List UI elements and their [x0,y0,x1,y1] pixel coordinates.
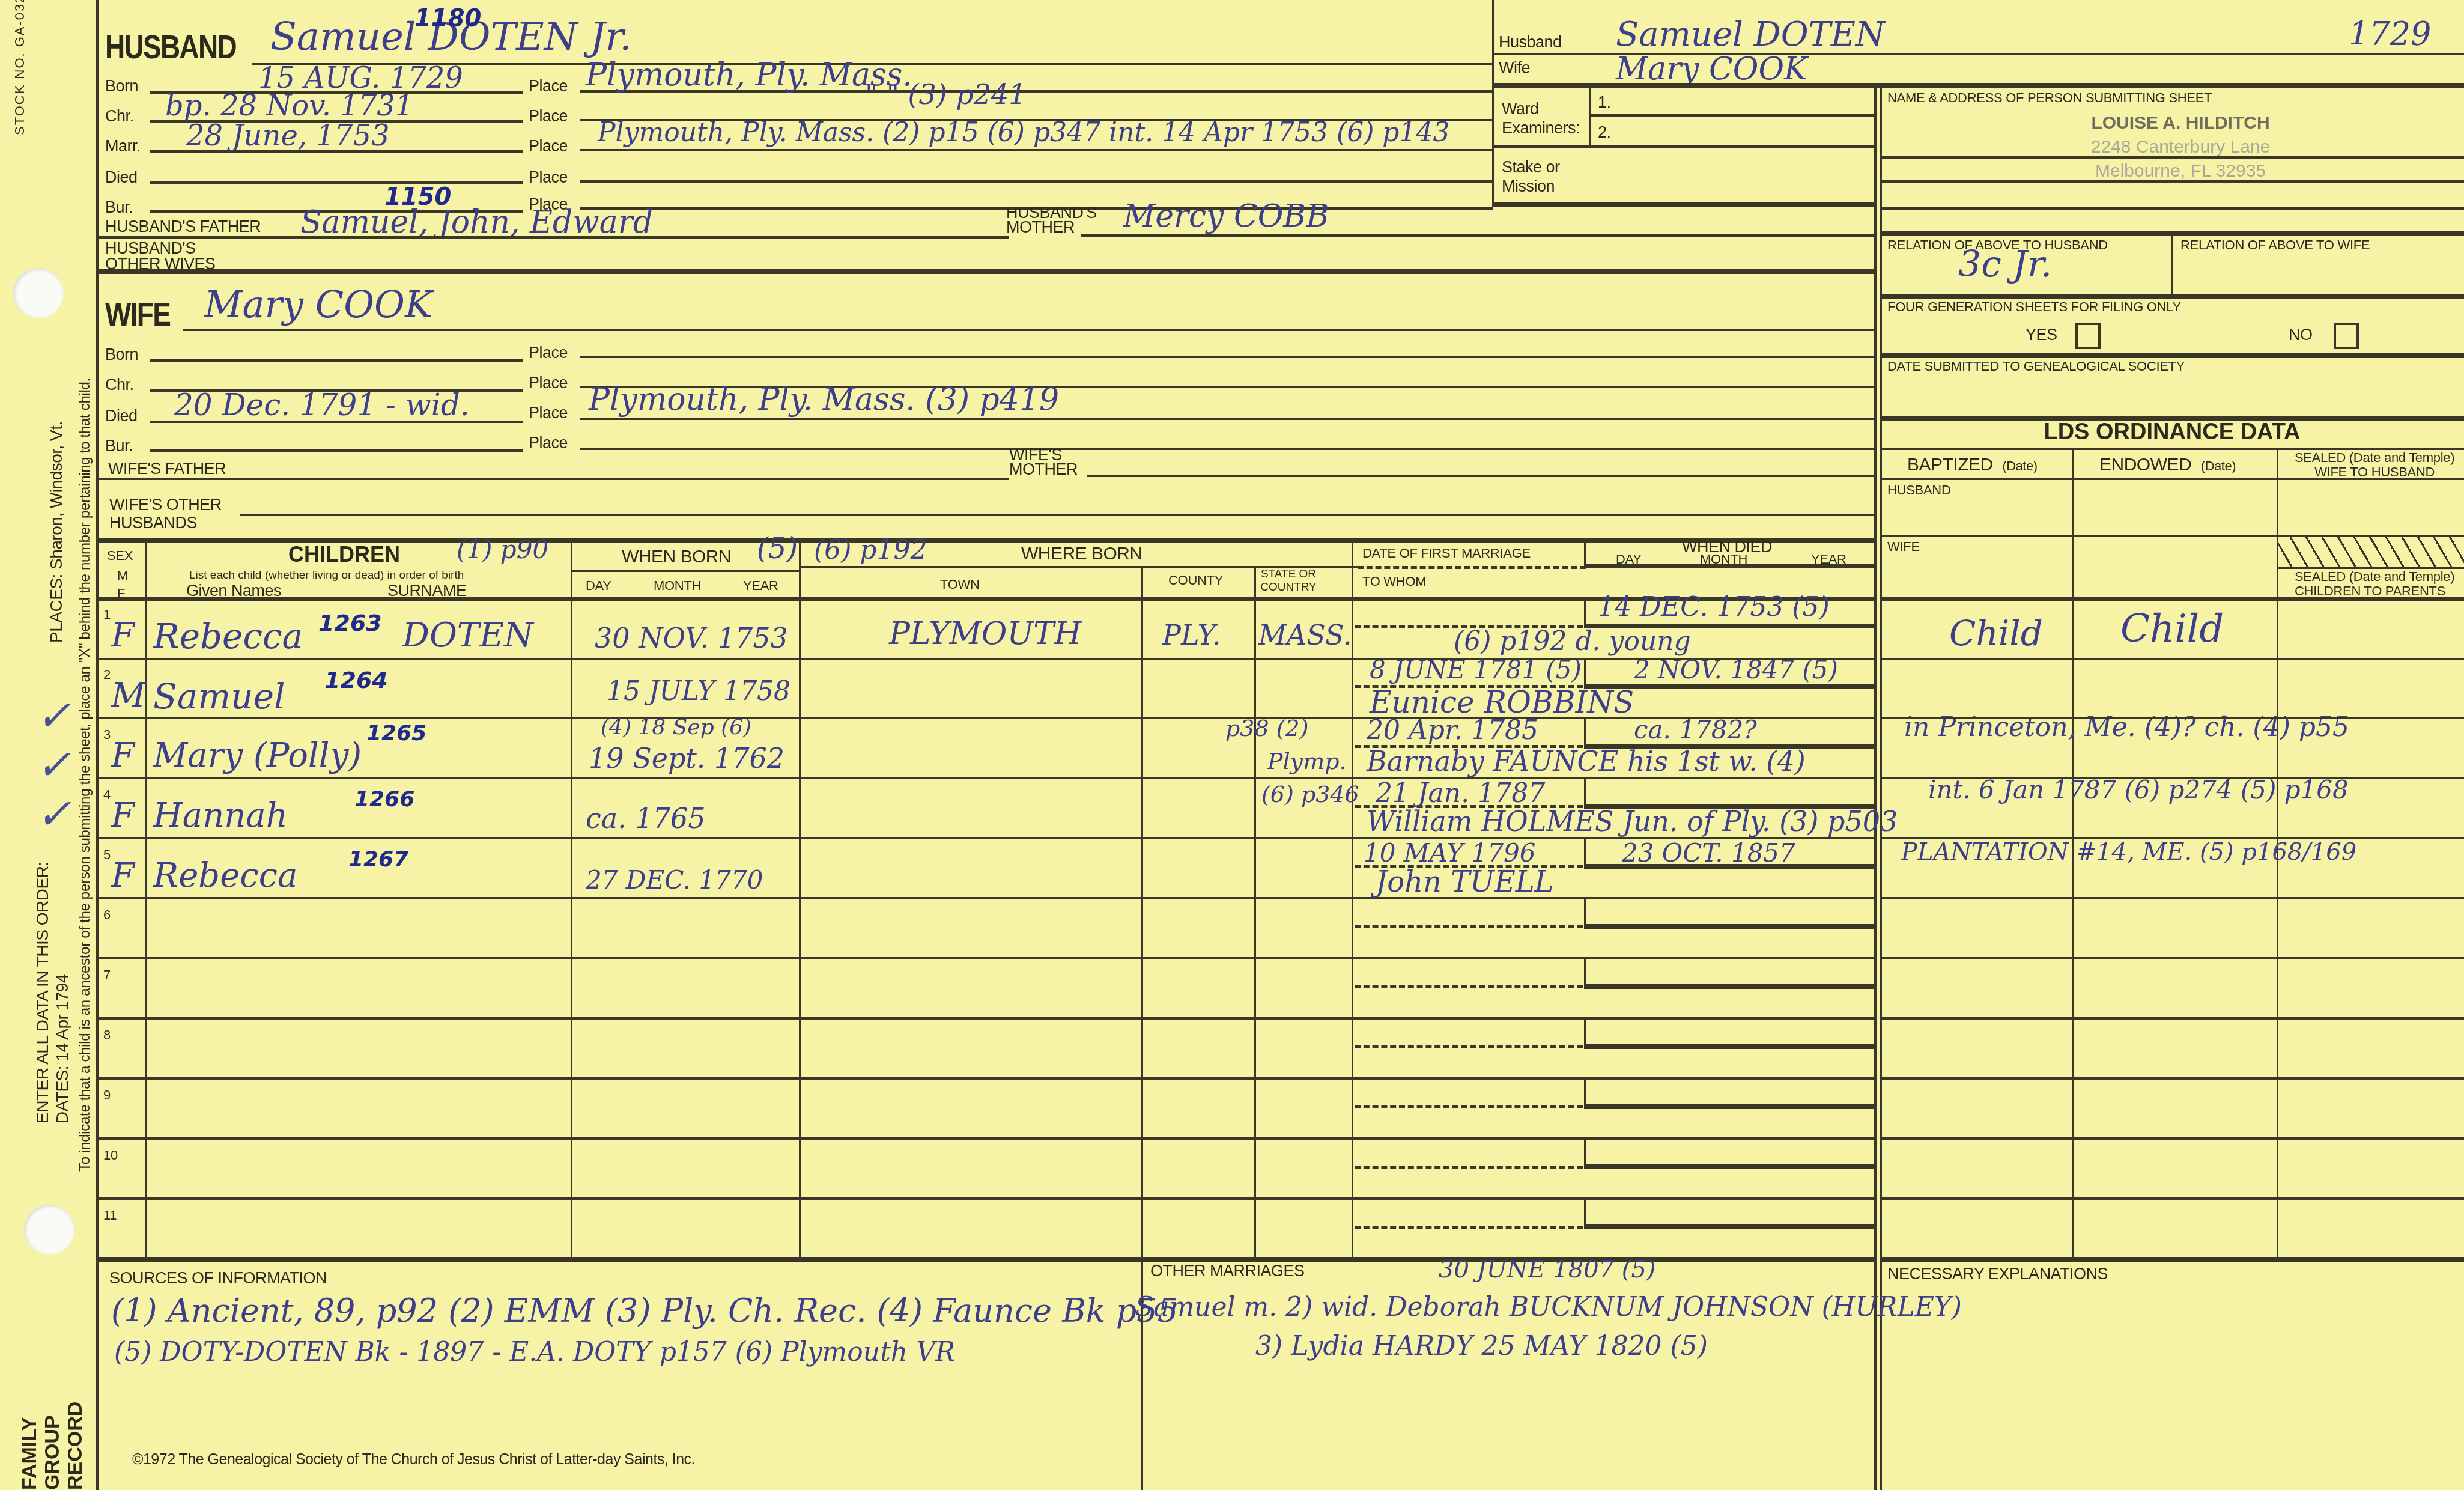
died-box-divider [1584,597,1586,627]
child-row-8[interactable] [145,1020,1872,1076]
child-given-name: Hannah [153,796,288,835]
col-died-divider-head [1584,538,1586,567]
endowed-label: ENDOWED [2099,455,2191,475]
submitter-line-3 [1880,207,2464,210]
died-box-divider [1584,777,1586,807]
relation-divider [2171,231,2173,297]
form-left-border [96,0,99,1490]
children-header: CHILDREN [288,542,400,567]
child-county: (6) p346 [1261,781,1359,807]
lds-bottom [1880,1257,2464,1262]
yes-label: YES [2026,326,2057,344]
husband-died-line [150,181,523,184]
wife-born-line [150,359,523,362]
husband-mother-label: HUSBAND'S MOTHER [1006,205,1090,234]
wife-born-place-label: Place [529,344,568,362]
child-row-11[interactable] [145,1200,1872,1256]
husband-chr-label: Chr. [105,107,134,126]
child-marriage-date: 10 MAY 1796 [1364,838,1535,868]
dates-instruction: DATES: 14 Apr 1794 [53,974,72,1124]
endowed-date-note: (Date) [2201,458,2236,473]
enter-order-title: ENTER ALL DATA IN THIS ORDER: [33,862,52,1124]
wife-bur-label: Bur. [105,437,133,455]
relation-bottom [1880,294,2464,299]
row-number: 10 [103,1148,118,1163]
child-marriage-date: 20 Apr. 1785 [1367,715,1538,746]
husband-died-place-label: Place [529,168,568,187]
child-born: 15 JULY 1758 [607,676,790,707]
child-sex: F [111,736,135,775]
first-marriage-dash [1358,566,1586,569]
born-day-header: DAY [586,578,611,594]
wife-died-date[interactable]: 20 Dec. 1791 - wid. [174,388,470,422]
header-husband-label: Husband [1499,33,1562,52]
row-number: 7 [103,967,111,983]
sealed-wife-line-1: SEALED (Date and Temple) [2295,451,2454,465]
row-number: 8 [103,1027,111,1043]
header-wife-value[interactable]: Mary COOK [1616,51,1807,87]
wife-other-husbands-line-2: HUSBANDS [109,514,222,532]
examiner-1[interactable]: 1. [1598,93,1611,112]
where-born-note: (6) p192 [814,535,927,565]
town-header: TOWN [940,577,980,592]
examiners-bottom-line [1492,145,1877,148]
wife-chr-label: Chr. [105,376,134,394]
child-id: 1267 [348,847,408,872]
husband-died-label: Died [105,168,138,187]
child-state: Plymp. [1267,748,1347,774]
child-died: 14 DEC. 1753 (5) [1598,592,1830,622]
form-title-line-2: GROUP [41,1402,64,1490]
husband-heading: HUSBAND [105,27,236,66]
date-submitted-label: DATE SUBMITTED TO GENEALOGICAL SOCIETY [1887,359,2185,374]
where-born-subline [799,566,1358,568]
examiner-1-line [1589,114,1877,117]
row-number: 11 [103,1208,117,1223]
relation-wife-label: RELATION OF ABOVE TO WIFE [2180,237,2370,253]
lds-header-line [1880,478,2464,480]
lds-sealed-wife-header: SEALED (Date and Temple) WIFE TO HUSBAND [2295,451,2454,479]
wife-bur-place-label: Place [529,434,568,452]
lds-row-line [1880,837,2464,839]
husband-born-place-label: Place [529,77,568,96]
husband-mother[interactable]: Mercy COBB [1123,198,1329,234]
examiners-label: Examiners: [1502,118,1580,138]
child-id: 1265 [366,721,426,746]
wife-chr-place-label: Place [529,374,568,392]
husband-chr-place-label: Place [529,107,568,126]
lds-row-line [1880,717,2464,719]
ward-label: Ward [1502,99,1580,118]
child-marriage-date: 21 Jan. 1787 [1376,778,1545,809]
copyright: ©1972 The Genealogical Society of The Ch… [132,1451,695,1468]
child-row-10[interactable] [145,1140,1872,1196]
child-given-name: Rebecca [153,616,303,657]
baptized-label: BAPTIZED [1907,455,1993,475]
lds-title: LDS ORDINANCE DATA [1880,419,2464,445]
husband-marr-place-label: Place [529,137,568,156]
submitter-stamp: LOUISE A. HILDITCH 2248 Canterbury Lane … [2054,111,2307,183]
wife-died-place[interactable]: Plymouth, Ply. Mass. (3) p419 [589,382,1059,418]
punch-hole-top [13,268,64,318]
header-wife-label: Wife [1499,59,1530,78]
county-header: COUNTY [1168,573,1223,588]
child-given-name: Samuel [153,676,285,717]
header-year[interactable]: 1729 [2349,15,2431,53]
ancestor-instruction: To indicate that a child is an ancestor … [77,378,94,1172]
ancestor-check-marks: ✓✓✓ [36,691,71,839]
right-panel-border [1874,85,1877,1490]
lds-husband-label: HUSBAND [1887,482,1950,498]
header-box-left-border [1492,0,1494,204]
wife-heading: WIFE [105,294,170,333]
no-checkbox[interactable] [2334,323,2359,349]
wife-name-line [183,329,1874,331]
born-month-header: MONTH [654,578,701,594]
wife-died-label: Died [105,407,138,425]
child-born: 27 DEC. 1770 [586,865,763,895]
wife-father-line [96,478,1009,480]
child4-notes[interactable]: int. 6 Jan 1787 (6) p274 (5) p168 [1928,775,2349,804]
child-county: p38 (2) [1225,715,1309,741]
wife-other-husbands-label: WIFE'S OTHER HUSBANDS [109,496,222,532]
child-died: ca. 1782? [1634,715,1757,744]
form-title-line-3: RECORD [64,1402,86,1490]
husband-born-place[interactable]: Plymouth, Ply. Mass. [586,57,912,93]
husband-marr-place-line [580,149,1493,151]
child-spouse: Barnaby FAUNCE his 1st w. (4) [1367,745,1806,777]
lds-row-line [1880,1197,2464,1200]
wife-mother-line [1087,475,1874,477]
child-died: 23 OCT. 1857 [1622,838,1795,868]
row-number: 3 [103,727,111,743]
child-spouse: William HOLMES Jun. of Ply. (3) p503 [1367,805,1898,838]
husband-marr-label: Marr. [105,137,141,156]
child-died: 2 NOV. 1847 (5) [1634,655,1838,684]
wife-other-husbands-line [240,514,1874,516]
sex-m-header: M [117,568,128,583]
child-county: PLY. [1162,619,1221,651]
lds-row-line [1880,957,2464,959]
husband-father[interactable]: Samuel, John, Edward [300,204,653,240]
header-box-bottom [1492,202,1877,207]
lds-row-line [1880,897,2464,899]
child-given-name: Mary (Polly) [153,736,362,775]
child-surname: DOTEN [402,616,533,655]
row-number: 2 [103,667,111,683]
child-born: ca. 1765 [586,802,706,835]
where-born-header: WHERE BORN [1021,544,1142,564]
died-box-divider [1584,717,1586,747]
examiner-2[interactable]: 2. [1598,123,1611,142]
child-state: MASS. [1258,619,1352,651]
row-number: 9 [103,1087,111,1103]
husband-mother-line [1081,234,1874,237]
form-title-line-1: FAMILY [18,1402,41,1490]
husband-marr-date[interactable]: 28 June, 1753 [186,119,389,153]
yes-checkbox[interactable] [2075,323,2101,349]
wife-died-place-line [580,418,1874,420]
when-born-subline [571,570,799,572]
husband-bur-label: Bur. [105,198,133,217]
ward-examiners-label: Ward Examiners: [1502,99,1580,138]
submitter-name: LOUISE A. HILDITCH [2054,111,2307,135]
child1-baptized[interactable]: Child [1949,613,2043,654]
wife-bur-place-line [580,448,1874,450]
husband-section-bottom [96,269,1874,274]
child5-notes[interactable]: PLANTATION #14, ME. (5) p168/169 [1901,838,2382,866]
husband-died-place-line [580,180,1493,183]
four-gen-label: FOUR GENERATION SHEETS FOR FILING ONLY [1887,299,2181,315]
other-marriages-line-2[interactable]: 3) Lydia HARDY 25 MAY 1820 (5) [1255,1331,1708,1361]
husband-chr-place[interactable]: " " (3) p241 [865,78,1027,111]
four-gen-bottom [1880,353,2464,358]
child-row-9[interactable] [145,1080,1872,1136]
no-label: NO [2289,326,2313,344]
wife-born-label: Born [105,345,138,364]
other-marriages-label: OTHER MARRIAGES [1150,1262,1305,1280]
to-whom-header: TO WHOM [1362,574,1426,589]
born-year-header: YEAR [743,578,778,594]
stock-number: STOCK NO. GA-032 [12,0,28,135]
sources-label: SOURCES OF INFORMATION [109,1269,327,1288]
child-marriage-date: 8 JUNE 1781 (5) [1370,655,1582,684]
form-title: FAMILY GROUP RECORD [18,1402,86,1490]
places-instruction: PLACES: Sharon, Windsor, Vt. [47,421,66,643]
wife-father-label: WIFE'S FATHER [108,460,226,478]
child-born: 30 NOV. 1753 [595,622,788,654]
lds-row-line [1880,1077,2464,1080]
submitter-street: 2248 Canterbury Lane [2054,135,2307,159]
child-sex: F [111,616,135,655]
punch-hole-bottom [24,1205,74,1255]
header-wife-line [1492,83,2464,88]
died-box-divider [1584,837,1586,867]
header-husband-value[interactable]: Samuel DOTEN [1616,15,1885,54]
wife-name[interactable]: Mary COOK [204,282,432,326]
lds-endowed-header: ENDOWED (Date) [2099,455,2236,475]
child-row-7[interactable] [145,959,1872,1016]
row-number: 4 [103,787,111,803]
child-sex: F [111,856,135,895]
husband-id-number: 1180 [414,5,481,32]
child1-endowed[interactable]: Child [2120,607,2224,651]
hatched-block [2277,537,2464,569]
sources-line-1[interactable]: (1) Ancient, 89, p92 (2) EMM (3) Ply. Ch… [111,1292,1178,1330]
explanations-label: NECESSARY EXPLANATIONS [1887,1265,2108,1283]
stake-mission-label: Stake or Mission [1502,157,1574,196]
lds-wife-label: WIFE [1887,539,1920,555]
lds-row-line [1880,658,2464,660]
submitter-label: NAME & ADDRESS OF PERSON SUBMITTING SHEE… [1887,90,2212,106]
submitter-city: Melbourne, FL 32935 [2054,159,2307,183]
lds-children-start-line [1880,597,2464,601]
children-instruction: List each child (whether living or dead)… [189,569,464,582]
husband-marr-place[interactable]: Plymouth, Ply. Mass. (2) p15 (6) p347 in… [598,117,1449,148]
first-marriage-header: DATE OF FIRST MARRIAGE [1362,546,1531,561]
submitter-line-2 [1880,180,2464,183]
state-header: STATE OR COUNTRY [1255,568,1322,594]
lds-baptized-header: BAPTIZED (Date) [1907,455,2038,475]
child-spouse: (6) p192 d. young [1454,626,1691,657]
husband-father-label: HUSBAND'S FATHER [105,217,261,236]
submitter-line-1 [1880,156,2464,159]
sex-header: SEX [107,548,133,564]
sealed-children-line-1: SEALED (Date and Temple) [2295,570,2454,584]
child-id: 1264 [324,667,388,693]
children-header-note: (1) p90 [457,535,548,564]
child-sex: F [111,796,135,835]
child-spouse: John TUELL [1376,865,1553,899]
wife-born-place-line [580,356,1874,358]
lds-row-line [1880,1137,2464,1140]
row-number: 5 [103,847,111,863]
when-died-subline [1586,564,1874,568]
child-born-note: (4) 18 Sep (6) [601,715,751,740]
row-line [96,658,1874,660]
child-id: 1263 [318,610,382,636]
husband-chr-date[interactable]: bp. 28 Nov. 1731 [165,89,413,123]
when-born-note: (5) [757,532,798,565]
row-number: 1 [103,607,111,622]
husband-father-line [96,236,1009,239]
wife-bur-line [150,449,523,452]
child-town: PLYMOUTH [889,616,1081,652]
lds-row-line [1880,777,2464,779]
when-born-header: WHEN BORN [622,547,731,567]
relation-husband-value[interactable]: 3c Jr. [1958,243,2052,285]
wife-mother-label: WIFE'S MOTHER [1009,448,1081,476]
child-given-name: Rebecca [153,856,297,895]
wife-died-place-label: Place [529,404,568,422]
other-marriages-date[interactable]: 30 JUNE 1807 (5) [1439,1256,1655,1283]
wife-other-husbands-line-1: WIFE'S OTHER [109,496,222,514]
row-number: 6 [103,907,111,923]
sources-line-2[interactable]: (5) DOTY-DOTEN Bk - 1897 - E.A. DOTY p15… [114,1337,955,1367]
child-row-6[interactable] [145,899,1872,956]
husband-born-label: Born [105,77,138,96]
husband-other-wives-label: HUSBAND'S OTHER WIVES [105,240,225,272]
child-sex: M [111,676,145,715]
lds-sealed-children-header: SEALED (Date and Temple) CHILDREN TO PAR… [2295,570,2454,598]
lds-row-line [1880,1017,2464,1020]
child-born: 19 Sept. 1762 [589,742,784,774]
baptized-date-note: (Date) [2002,458,2037,473]
child-id: 1266 [354,787,414,812]
other-marriages-line-1[interactable]: Samuel m. 2) wid. Deborah BUCKNUM JOHNSO… [1135,1292,1962,1322]
